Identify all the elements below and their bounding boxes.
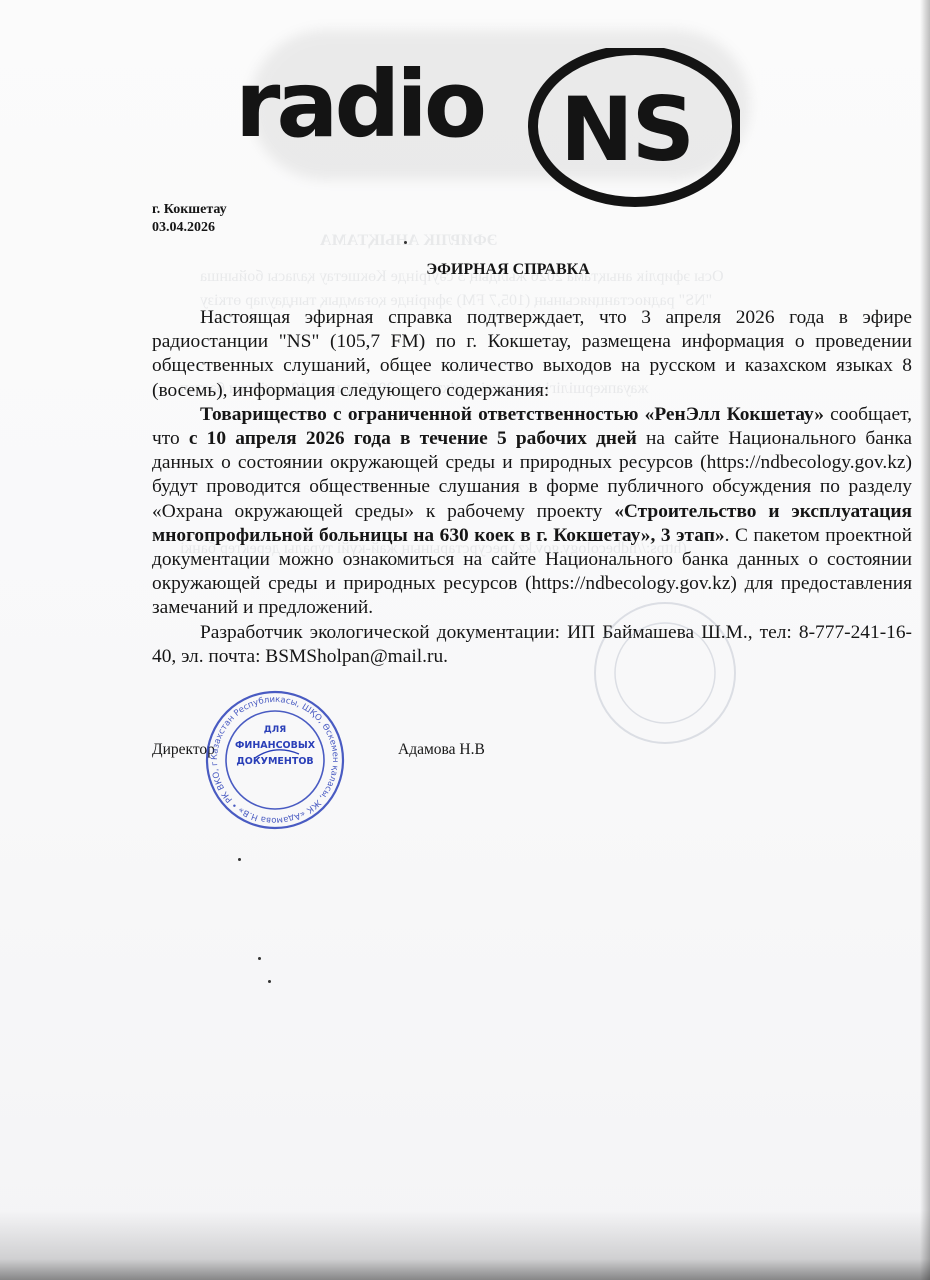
page-bottom-shadow [0,1210,930,1280]
document-page: ЭФИРЛІК АНЫҚТАМА Осы эфирлік анықтама 20… [0,0,930,1280]
page-edge-shadow [920,0,930,1280]
header-city: г. Кокшетау [152,202,227,218]
speck [404,241,407,244]
paragraph-developer-contact: Разработчик экологической документации: … [152,621,912,669]
document-body: Настоящая эфирная справка подтверждает, … [152,306,912,669]
document-title: ЭФИРНАЯ СПРАВКА [0,261,930,279]
svg-text:ДЛЯ: ДЛЯ [264,725,286,735]
speck [258,957,261,960]
official-stamp-icon: Казахстан Республикасы, ШҚО, Өскемен қал… [200,690,350,830]
svg-text:ФИНАНСОВЫХ: ФИНАНСОВЫХ [235,740,316,751]
paragraph-announcement: Товарищество с ограниченной ответственно… [152,403,912,621]
speck [268,980,271,983]
speck [238,858,241,861]
company-name: Товарищество с ограниченной ответственно… [200,404,824,425]
svg-text:NS: NS [560,78,693,181]
hearing-dates: с 10 апреля 2026 года в течение 5 рабочи… [189,428,637,449]
header-date: 03.04.2026 [152,220,215,236]
bleed-through-stamp-icon [590,598,740,748]
signature-name: Адамова Н.В [398,741,485,759]
svg-text:ДОКУМЕНТОВ: ДОКУМЕНТОВ [236,756,313,767]
bleed-through-text: ЭФИРЛІК АНЫҚТАМА [320,232,498,250]
paragraph-intro: Настоящая эфирная справка подтверждает, … [152,306,912,403]
svg-text:radio: radio [235,51,484,158]
radio-ns-logo: radio NS [235,48,740,213]
